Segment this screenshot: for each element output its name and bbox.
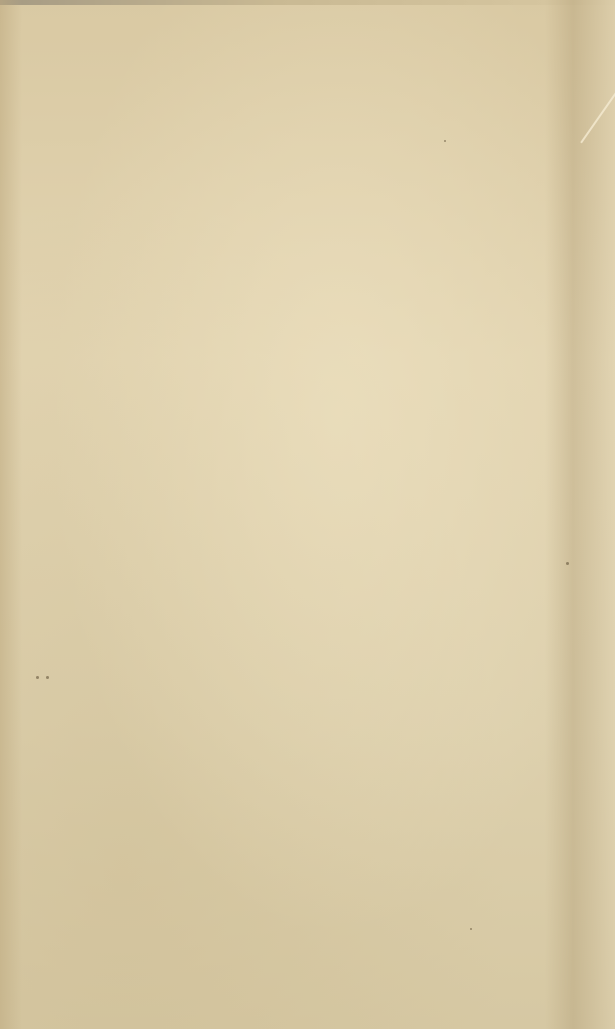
blank-paper-page: [0, 0, 615, 1029]
paper-speck: [566, 562, 569, 565]
paper-speck: [470, 928, 472, 930]
paper-speck: [36, 676, 39, 679]
paper-speck: [444, 140, 446, 142]
paper-speck: [46, 676, 49, 679]
page-right-fold-shadow: [545, 0, 615, 1029]
page-left-edge-stain: [0, 0, 22, 1029]
page-top-edge: [0, 0, 615, 5]
